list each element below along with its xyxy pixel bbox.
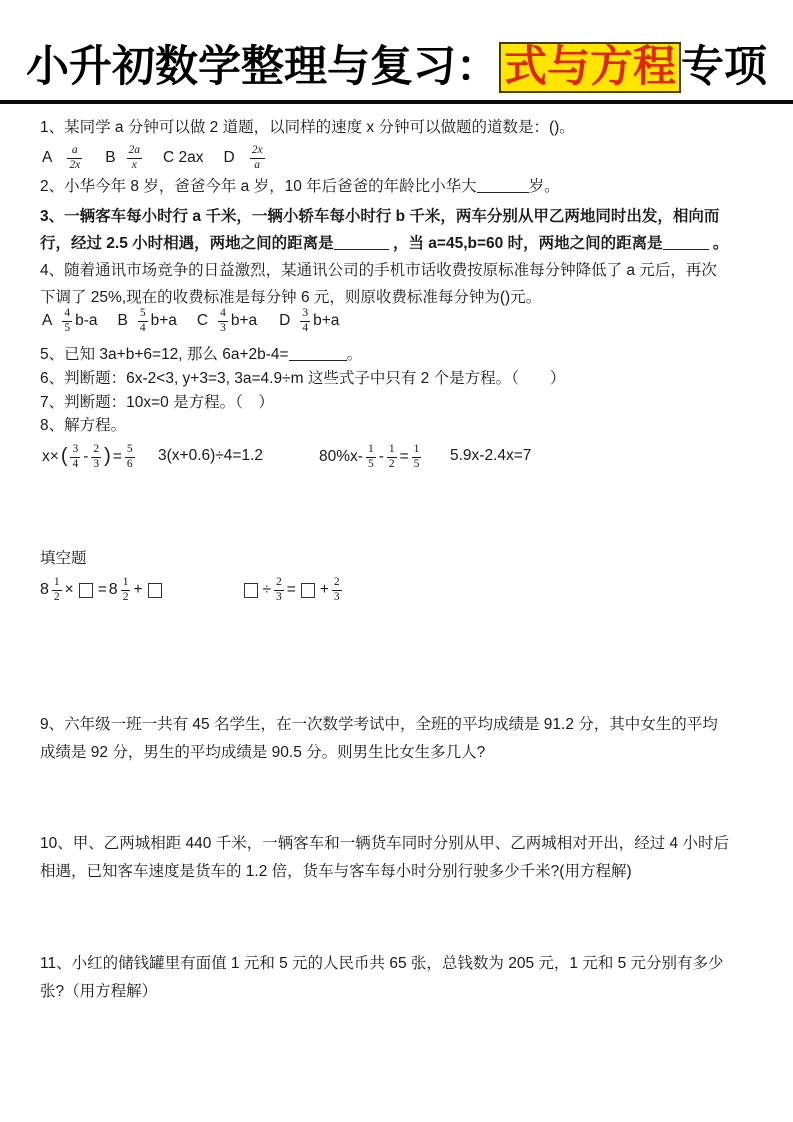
- text-run: A: [42, 312, 52, 330]
- fraction-denominator: 2: [52, 591, 62, 604]
- fraction-denominator: 2: [121, 591, 131, 604]
- fraction-denominator: 4: [300, 322, 310, 335]
- question-3: 3、一辆客车每小时行 a 千米，一辆小轿车每小时行 b 千米，两车分别从甲乙两地…: [40, 203, 728, 257]
- whole-number: 8: [40, 581, 49, 599]
- fraction-numerator: 2a: [127, 144, 143, 158]
- text-run: b-a: [75, 312, 97, 330]
- text-run: +: [133, 581, 142, 599]
- text-run: 。: [709, 235, 729, 252]
- fraction-denominator: a: [252, 159, 262, 172]
- fraction-numerator: 1: [387, 443, 397, 457]
- text-run: 11、小红的储钱罐里有面值 1 元和 5 元的人民币共 65 张，总钱数为 20…: [40, 955, 724, 972]
- equation-1: x×(34-23)=56: [42, 440, 136, 474]
- fraction-denominator: 5: [412, 458, 422, 471]
- answer-blank: [334, 236, 389, 250]
- fraction-numerator: 3: [300, 307, 310, 321]
- blank-box: [301, 583, 315, 598]
- text-run: 10、甲、乙两城相距 440 千米，一辆客车和一辆货车同时分别从甲、乙两城相对开…: [40, 835, 729, 852]
- spacer: [118, 158, 124, 159]
- fraction-denominator: 6: [125, 458, 135, 471]
- fraction: 23: [91, 443, 101, 470]
- question-1-options: Aa2xB2axC 2axD2xa: [42, 141, 266, 175]
- text-run: =: [113, 448, 122, 466]
- fraction-denominator: 5: [366, 458, 376, 471]
- text-run: 80%x-: [319, 448, 363, 466]
- fraction-numerator: 5: [125, 443, 135, 457]
- text-run: B: [118, 312, 128, 330]
- text-run: ×: [65, 581, 74, 599]
- text-run: 5、已知 3a+b+6=12, 那么 6a+2b-4=: [40, 346, 289, 363]
- fraction: 2xa: [250, 144, 265, 171]
- fraction-numerator: 4: [218, 307, 228, 321]
- fraction-numerator: 2x: [250, 144, 265, 158]
- text-run: 相遇，已知客车速度是货车的 1.2 倍，货车与客车每小时分别行驶多少千米?(用方…: [40, 863, 632, 880]
- spacer: [206, 158, 222, 159]
- text-run: 6、判断题：6x-2<3, y+3=3, 3a=4.9÷m 这些式子中只有 2 …: [40, 370, 565, 387]
- fraction: 23: [274, 576, 284, 603]
- spacer: [54, 158, 64, 159]
- spacer: [145, 158, 161, 159]
- question-5: 5、已知 3a+b+6=12, 那么 6a+2b-4=。: [40, 344, 362, 366]
- fraction: 23: [332, 576, 342, 603]
- text-run: 。: [347, 346, 363, 363]
- fraction-numerator: 1: [121, 576, 131, 590]
- text-run: 3、一辆客车每小时行 a 千米，一辆小轿车每小时行 b 千米，两车分别从甲乙两地…: [40, 208, 719, 225]
- blank-box: [79, 583, 93, 598]
- spacer: [167, 590, 239, 591]
- question-6: 6、判断题：6x-2<3, y+3=3, 3a=4.9÷m 这些式子中只有 2 …: [40, 368, 565, 390]
- fraction-denominator: 2: [387, 458, 397, 471]
- fraction-denominator: x: [130, 159, 139, 172]
- text-run: 7、判断题：10x=0 是方程。（ ）: [40, 394, 274, 411]
- question-2: 2、小华今年 8 岁，爸爸今年 a 岁，10 年后爸爸的年龄比小华大岁。: [40, 176, 560, 198]
- text-run: =: [287, 581, 296, 599]
- fraction-denominator: 3: [91, 458, 101, 471]
- spacer: [54, 321, 59, 322]
- spacer: [237, 158, 247, 159]
- text-run: -: [379, 448, 384, 466]
- text-run: 岁。: [529, 178, 560, 195]
- whole-number: 8: [109, 581, 118, 599]
- fraction-numerator: 5: [138, 307, 148, 321]
- fraction-numerator: 3: [70, 443, 80, 457]
- fraction: 2ax: [127, 144, 143, 171]
- fraction: a2x: [67, 144, 82, 171]
- question-10: 10、甲、乙两城相距 440 千米，一辆客车和一辆货车同时分别从甲、乙两城相对开…: [40, 830, 729, 886]
- title-prefix: 小升初数学整理与复习：: [26, 44, 499, 91]
- spacer: [130, 321, 135, 322]
- fraction-numerator: 2: [332, 576, 342, 590]
- text-run: C: [197, 312, 208, 330]
- fraction: 12: [121, 576, 131, 603]
- fraction-denominator: 3: [332, 591, 342, 604]
- text-run: 填空题: [40, 550, 87, 567]
- text-run: A: [42, 149, 52, 167]
- text-run: B: [105, 149, 115, 167]
- spacer: [100, 321, 116, 322]
- equation-2: 3(x+0.6)÷4=1.2: [158, 440, 263, 472]
- fraction: 54: [138, 307, 148, 334]
- fraction-denominator: 4: [138, 322, 148, 335]
- spacer: [259, 321, 277, 322]
- text-run: D: [224, 149, 235, 167]
- fill-blanks-equations: 812×=812+÷23=+23: [40, 571, 343, 609]
- fill-blanks-heading: 填空题: [40, 548, 87, 570]
- text-run: 4、随着通讯市场竞争的日益激烈，某通讯公司的手机市话收费按原标准每分钟降低了 a…: [40, 262, 717, 279]
- text-run: 9、六年级一班一共有 45 名学生，在一次数学考试中，全班的平均成绩是 91.2…: [40, 716, 718, 733]
- text-run: 行，经过 2.5 小时相遇，两地之间的距离是: [40, 235, 334, 252]
- fraction: 34: [300, 307, 310, 334]
- text-run: b+a: [151, 312, 177, 330]
- fraction-numerator: a: [67, 144, 82, 158]
- header-divider: [0, 100, 793, 104]
- text-run: x×: [42, 448, 59, 466]
- text-run: 2、小华今年 8 岁，爸爸今年 a 岁，10 年后爸爸的年龄比小华大: [40, 178, 477, 195]
- equation-4: 5.9x-2.4x=7: [450, 440, 531, 472]
- fraction-numerator: 1: [52, 576, 62, 590]
- answer-blank: [289, 347, 347, 361]
- title-highlight: 式与方程: [499, 42, 681, 93]
- question-9: 9、六年级一班一共有 45 名学生，在一次数学考试中，全班的平均成绩是 91.2…: [40, 711, 718, 767]
- spacer: [179, 321, 195, 322]
- fraction: 43: [218, 307, 228, 334]
- spacer: [85, 158, 103, 159]
- fraction-numerator: 1: [366, 443, 376, 457]
- answer-blank: [477, 179, 529, 193]
- fraction-denominator: 4: [70, 458, 80, 471]
- page-title: 小升初数学整理与复习：式与方程专项: [0, 33, 793, 94]
- text-run: b+a: [231, 312, 257, 330]
- text-run: b+a: [313, 312, 339, 330]
- fraction-denominator: 5: [62, 322, 72, 335]
- text-run: 8、解方程。: [40, 417, 126, 434]
- fraction-denominator: 3: [274, 591, 284, 604]
- text-run: C 2ax: [163, 149, 204, 167]
- fraction: 12: [387, 443, 397, 470]
- fraction: 15: [412, 443, 422, 470]
- worksheet-page: 小升初数学整理与复习：式与方程专项 1、某同学 a 分钟可以做 2 道题，以同样…: [0, 0, 793, 1122]
- text-run: 5.9x-2.4x=7: [450, 447, 531, 465]
- fraction-numerator: 4: [62, 307, 72, 321]
- fraction: 45: [62, 307, 72, 334]
- text-run: 1、某同学 a 分钟可以做 2 道题，以同样的速度 x 分钟可以做题的道数是：(…: [40, 119, 575, 136]
- parenthesis: (: [61, 445, 68, 468]
- text-run: -: [83, 448, 88, 466]
- spacer: [292, 321, 297, 322]
- fraction-denominator: 3: [218, 322, 228, 335]
- text-run: D: [279, 312, 290, 330]
- fraction-numerator: 2: [274, 576, 284, 590]
- blank-box: [148, 583, 162, 598]
- question-1: 1、某同学 a 分钟可以做 2 道题，以同样的速度 x 分钟可以做题的道数是：(…: [40, 117, 575, 139]
- text-run: ÷: [263, 581, 272, 599]
- fraction: 12: [52, 576, 62, 603]
- answer-blank: [663, 236, 709, 250]
- text-run: ，当 a=45,b=60 时，两地之间的距离是: [389, 235, 663, 252]
- fraction: 56: [125, 443, 135, 470]
- text-run: +: [320, 581, 329, 599]
- text-run: 张?（用方程解）: [40, 983, 157, 1000]
- fraction: 15: [366, 443, 376, 470]
- question-8: 8、解方程。: [40, 415, 126, 437]
- question-7: 7、判断题：10x=0 是方程。（ ）: [40, 392, 274, 414]
- text-run: =: [98, 581, 107, 599]
- blank-box: [244, 583, 258, 598]
- title-suffix: 专项: [681, 44, 767, 91]
- fraction-numerator: 2: [91, 443, 101, 457]
- fraction-numerator: 1: [412, 443, 422, 457]
- fraction: 34: [70, 443, 80, 470]
- fraction-denominator: 2x: [67, 159, 82, 172]
- text-run: 3(x+0.6)÷4=1.2: [158, 447, 263, 465]
- question-4-options: A45b-aB54b+aC43b+aD34b+a: [42, 304, 339, 338]
- text-run: =: [400, 448, 409, 466]
- text-run: 成绩是 92 分，男生的平均成绩是 90.5 分。则男生比女生多几人?: [40, 744, 485, 761]
- parenthesis: ): [104, 445, 111, 468]
- spacer: [210, 321, 215, 322]
- equation-3: 80%x-15-12=15: [319, 440, 422, 474]
- question-4: 4、随着通讯市场竞争的日益激烈，某通讯公司的手机市话收费按原标准每分钟降低了 a…: [40, 257, 717, 311]
- question-11: 11、小红的储钱罐里有面值 1 元和 5 元的人民币共 65 张，总钱数为 20…: [40, 950, 724, 1006]
